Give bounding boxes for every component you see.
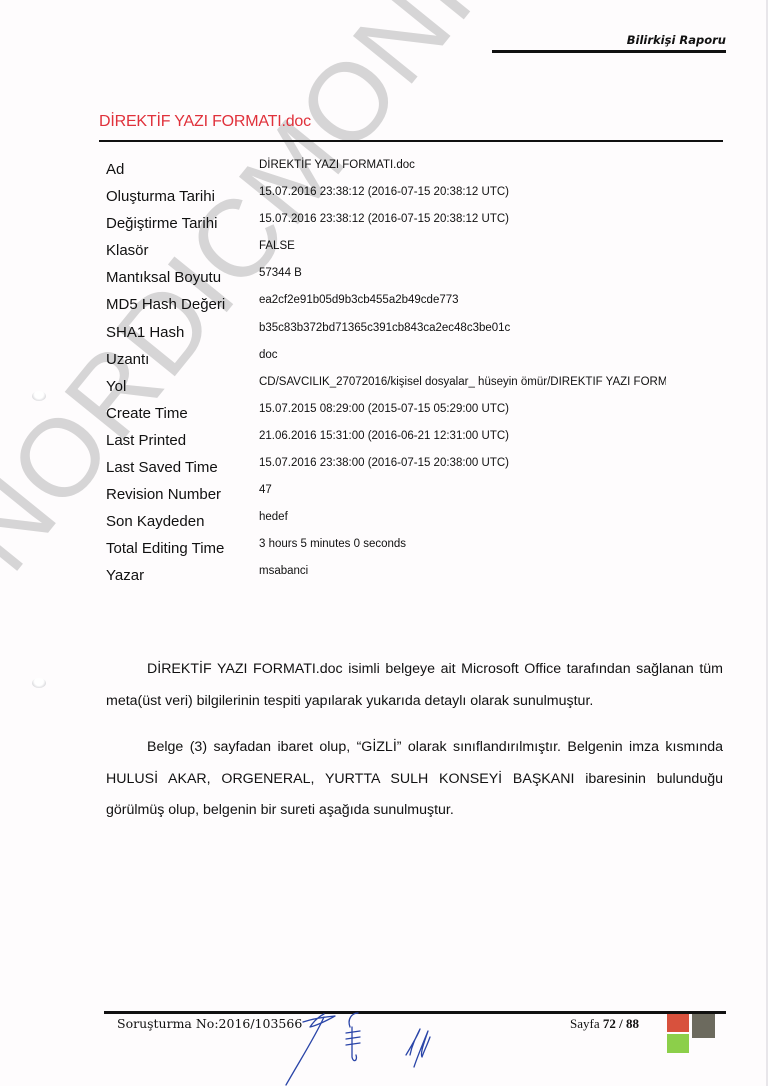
metadata-value: b35c83b372bd71365c391cb843ca2ec48c3be01c (259, 322, 510, 334)
metadata-value: hedef (259, 511, 288, 523)
metadata-label: Revision Number (106, 486, 221, 503)
section-divider (99, 140, 723, 142)
paragraph-text: Belge (3) sayfadan ibaret olup, “GİZLİ” … (106, 739, 723, 818)
metadata-label: Uzantı (106, 351, 149, 368)
metadata-value: msabanci (259, 565, 308, 577)
metadata-value: ea2cf2e91b05d9b3cb455a2b49cde773 (259, 294, 459, 306)
metadata-label: Son Kaydeden (106, 513, 204, 530)
page-number: Sayfa 72 / 88 (570, 1016, 639, 1032)
metadata-value: 3 hours 5 minutes 0 seconds (259, 538, 406, 550)
metadata-value: 47 (259, 484, 272, 496)
metadata-value: CD/SAVCILIK_27072016/kişisel dosyalar_ h… (259, 376, 666, 388)
metadata-value: 15.07.2016 23:38:12 (2016-07-15 20:38:12… (259, 186, 509, 198)
logo-green-square (667, 1034, 689, 1053)
punch-hole (32, 678, 46, 688)
metadata-label: Oluşturma Tarihi (106, 188, 215, 205)
metadata-label: Mantıksal Boyutu (106, 269, 221, 286)
header-rule (492, 50, 726, 53)
report-page: NORDICMONITOR.COM Bilirkişi Raporu DİREK… (0, 0, 768, 1086)
metadata-value: doc (259, 349, 278, 361)
metadata-value: FALSE (259, 240, 295, 252)
metadata-value: 21.06.2016 15:31:00 (2016-06-21 12:31:00… (259, 430, 509, 442)
metadata-label: Ad (106, 161, 124, 178)
metadata-label: Klasör (106, 242, 149, 259)
page-total: 88 (626, 1016, 639, 1031)
page-separator: / (619, 1016, 623, 1031)
metadata-value: DİREKTİF YAZI FORMATI.doc (259, 159, 415, 171)
body-paragraph: Belge (3) sayfadan ibaret olup, “GİZLİ” … (106, 732, 723, 827)
paragraph-text: DİREKTİF YAZI FORMATI.doc isimli belgeye… (106, 661, 723, 709)
logo-gray-square (692, 1014, 715, 1038)
metadata-label: Değiştirme Tarihi (106, 215, 217, 232)
metadata-label: Last Saved Time (106, 459, 218, 476)
logo-red-square (667, 1014, 689, 1032)
report-header-title: Bilirkişi Raporu (627, 33, 726, 47)
metadata-value: 15.07.2016 23:38:12 (2016-07-15 20:38:12… (259, 213, 509, 225)
metadata-label: Yol (106, 378, 126, 395)
body-paragraph: DİREKTİF YAZI FORMATI.doc isimli belgeye… (106, 654, 723, 717)
metadata-label: MD5 Hash Değeri (106, 296, 225, 313)
metadata-value: 15.07.2015 08:29:00 (2015-07-15 05:29:00… (259, 403, 509, 415)
metadata-label: SHA1 Hash (106, 324, 184, 341)
metadata-label: Total Editing Time (106, 540, 224, 557)
metadata-value: 57344 B (259, 267, 302, 279)
page-label: Sayfa (570, 1016, 600, 1031)
metadata-label: Last Printed (106, 432, 186, 449)
section-title: DİREKTİF YAZI FORMATI.doc (99, 113, 311, 131)
metadata-label: Create Time (106, 405, 188, 422)
page-current: 72 (603, 1016, 616, 1031)
metadata-value: 15.07.2016 23:38:00 (2016-07-15 20:38:00… (259, 457, 509, 469)
punch-hole (32, 391, 46, 401)
handwritten-signatures (240, 1005, 480, 1086)
metadata-label: Yazar (106, 567, 144, 584)
